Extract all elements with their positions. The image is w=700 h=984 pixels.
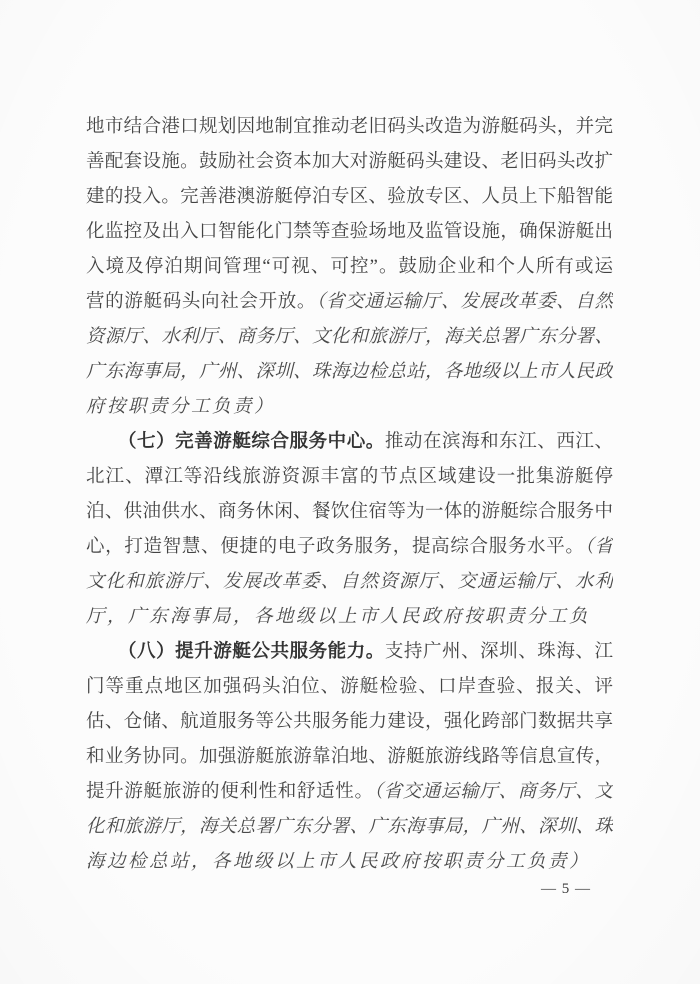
text-line: 化监控及出入口智能化门禁等查验场地及监管设施，确保游艇出 bbox=[86, 215, 613, 250]
text-segment-kai: 化和旅游厅，海关总署广东分署、广东海事局，广州、深圳、珠 bbox=[86, 817, 613, 837]
text-line: 府按职责分工负责） bbox=[86, 390, 613, 425]
text-line: 和业务协同。加强游艇旅游靠泊地、游艇旅游线路等信息宣传， bbox=[86, 740, 613, 775]
document-page: 地市结合港口规划因地制宜推动老旧码头改造为游艇码头，并完善配套设施。鼓励社会资本… bbox=[0, 0, 700, 984]
text-segment-body: 地市结合港口规划因地制宜推动老旧码头改造为游艇码头，并完 bbox=[86, 117, 613, 137]
text-segment-kai: 文化和旅游厅、发展改革委、自然资源厅、交通运输厅、水利 bbox=[86, 572, 613, 592]
text-segment-bold: （八）提升游艇公共服务能力。 bbox=[118, 642, 385, 662]
text-segment-body: 北江、潭江等沿线旅游资源丰富的节点区域建设一批集游艇停 bbox=[86, 467, 613, 487]
text-segment-kai: （省 bbox=[585, 537, 613, 557]
text-segment-body: 门等重点地区加强码头泊位、游艇检验、口岸查验、报关、评 bbox=[86, 677, 613, 697]
text-line: 资源厅、水利厅、商务厅、文化和旅游厅，海关总署广东分署、 bbox=[86, 320, 613, 355]
text-segment-kai: 广东海事局，广州、深圳、珠海边检总站，各地级以上市人民政 bbox=[86, 362, 613, 382]
page-number: — 5 — bbox=[541, 878, 591, 900]
text-line: 化和旅游厅，海关总署广东分署、广东海事局，广州、深圳、珠 bbox=[86, 810, 613, 845]
text-segment-body: 心，打造智慧、便捷的电子政务服务，提高综合服务水平。 bbox=[86, 537, 585, 557]
text-segment-body: 支持广州、深圳、珠海、江 bbox=[385, 642, 613, 662]
text-segment-body: 推动在滨海和东江、西江、 bbox=[385, 432, 613, 452]
text-segment-body: 和业务协同。加强游艇旅游靠泊地、游艇旅游线路等信息宣传， bbox=[86, 747, 613, 767]
text-segment-kai: 资源厅、水利厅、商务厅、文化和旅游厅，海关总署广东分署、 bbox=[86, 327, 613, 347]
text-line: 泊、供油供水、商务休闲、餐饮住宿等为一体的游艇综合服务中 bbox=[86, 495, 613, 530]
text-line: 广东海事局，广州、深圳、珠海边检总站，各地级以上市人民政 bbox=[86, 355, 613, 390]
text-segment-body: 入境及停泊期间管理“可视、可控”。鼓励企业和个人所有或运 bbox=[86, 257, 613, 277]
text-line: 入境及停泊期间管理“可视、可控”。鼓励企业和个人所有或运 bbox=[86, 250, 613, 285]
text-line: 提升游艇旅游的便利性和舒适性。（省交通运输厅、商务厅、文 bbox=[86, 775, 613, 810]
text-segment-kai: （省交通运输厅、发展改革委、自然 bbox=[316, 292, 613, 312]
text-line: 海边检总站，各地级以上市人民政府按职责分工负责） bbox=[86, 845, 613, 880]
text-line: 善配套设施。鼓励社会资本加大对游艇码头建设、老旧码头改扩 bbox=[86, 145, 613, 180]
text-segment-body: 提升游艇旅游的便利性和舒适性。 bbox=[86, 782, 374, 802]
text-line: （八）提升游艇公共服务能力。支持广州、深圳、珠海、江 bbox=[86, 635, 613, 670]
text-segment-body: 善配套设施。鼓励社会资本加大对游艇码头建设、老旧码头改扩 bbox=[86, 152, 613, 172]
text-segment-bold: （七）完善游艇综合服务中心。 bbox=[118, 432, 385, 452]
text-segment-body: 建的投入。完善港澳游艇停泊专区、验放专区、人员上下船智能 bbox=[86, 187, 613, 207]
text-line: （七）完善游艇综合服务中心。推动在滨海和东江、西江、 bbox=[86, 425, 613, 460]
text-line: 文化和旅游厅、发展改革委、自然资源厅、交通运输厅、水利 bbox=[86, 565, 613, 600]
text-line: 心，打造智慧、便捷的电子政务服务，提高综合服务水平。（省 bbox=[86, 530, 613, 565]
text-segment-kai: （省交通运输厅、商务厅、文 bbox=[374, 782, 613, 802]
text-segment-body: 营的游艇码头向社会开放。 bbox=[86, 292, 316, 312]
text-segment-body: 化监控及出入口智能化门禁等查验场地及监管设施，确保游艇出 bbox=[86, 222, 613, 242]
text-segment-kai: 府按职责分工负责） bbox=[86, 397, 275, 417]
text-line: 门等重点地区加强码头泊位、游艇检验、口岸查验、报关、评 bbox=[86, 670, 613, 705]
text-line: 地市结合港口规划因地制宜推动老旧码头改造为游艇码头，并完 bbox=[86, 110, 613, 145]
text-segment-body: 估、仓储、航道服务等公共服务能力建设，强化跨部门数据共享 bbox=[86, 712, 613, 732]
text-line: 北江、潭江等沿线旅游资源丰富的节点区域建设一批集游艇停 bbox=[86, 460, 613, 495]
text-segment-kai: 海边检总站，各地级以上市人民政府按职责分工负责） bbox=[86, 852, 590, 872]
text-line: 厅，广东海事局，各地级以上市人民政府按职责分工负责） bbox=[86, 600, 613, 635]
text-segment-body: 泊、供油供水、商务休闲、餐饮住宿等为一体的游艇综合服务中 bbox=[86, 502, 613, 522]
text-segment-kai: 厅，广东海事局，各地级以上市人民政府按职责分工负责） bbox=[86, 607, 590, 635]
page-body-text: 地市结合港口规划因地制宜推动老旧码头改造为游艇码头，并完善配套设施。鼓励社会资本… bbox=[86, 110, 613, 880]
text-line: 营的游艇码头向社会开放。（省交通运输厅、发展改革委、自然 bbox=[86, 285, 613, 320]
text-line: 建的投入。完善港澳游艇停泊专区、验放专区、人员上下船智能 bbox=[86, 180, 613, 215]
text-line: 估、仓储、航道服务等公共服务能力建设，强化跨部门数据共享 bbox=[86, 705, 613, 740]
